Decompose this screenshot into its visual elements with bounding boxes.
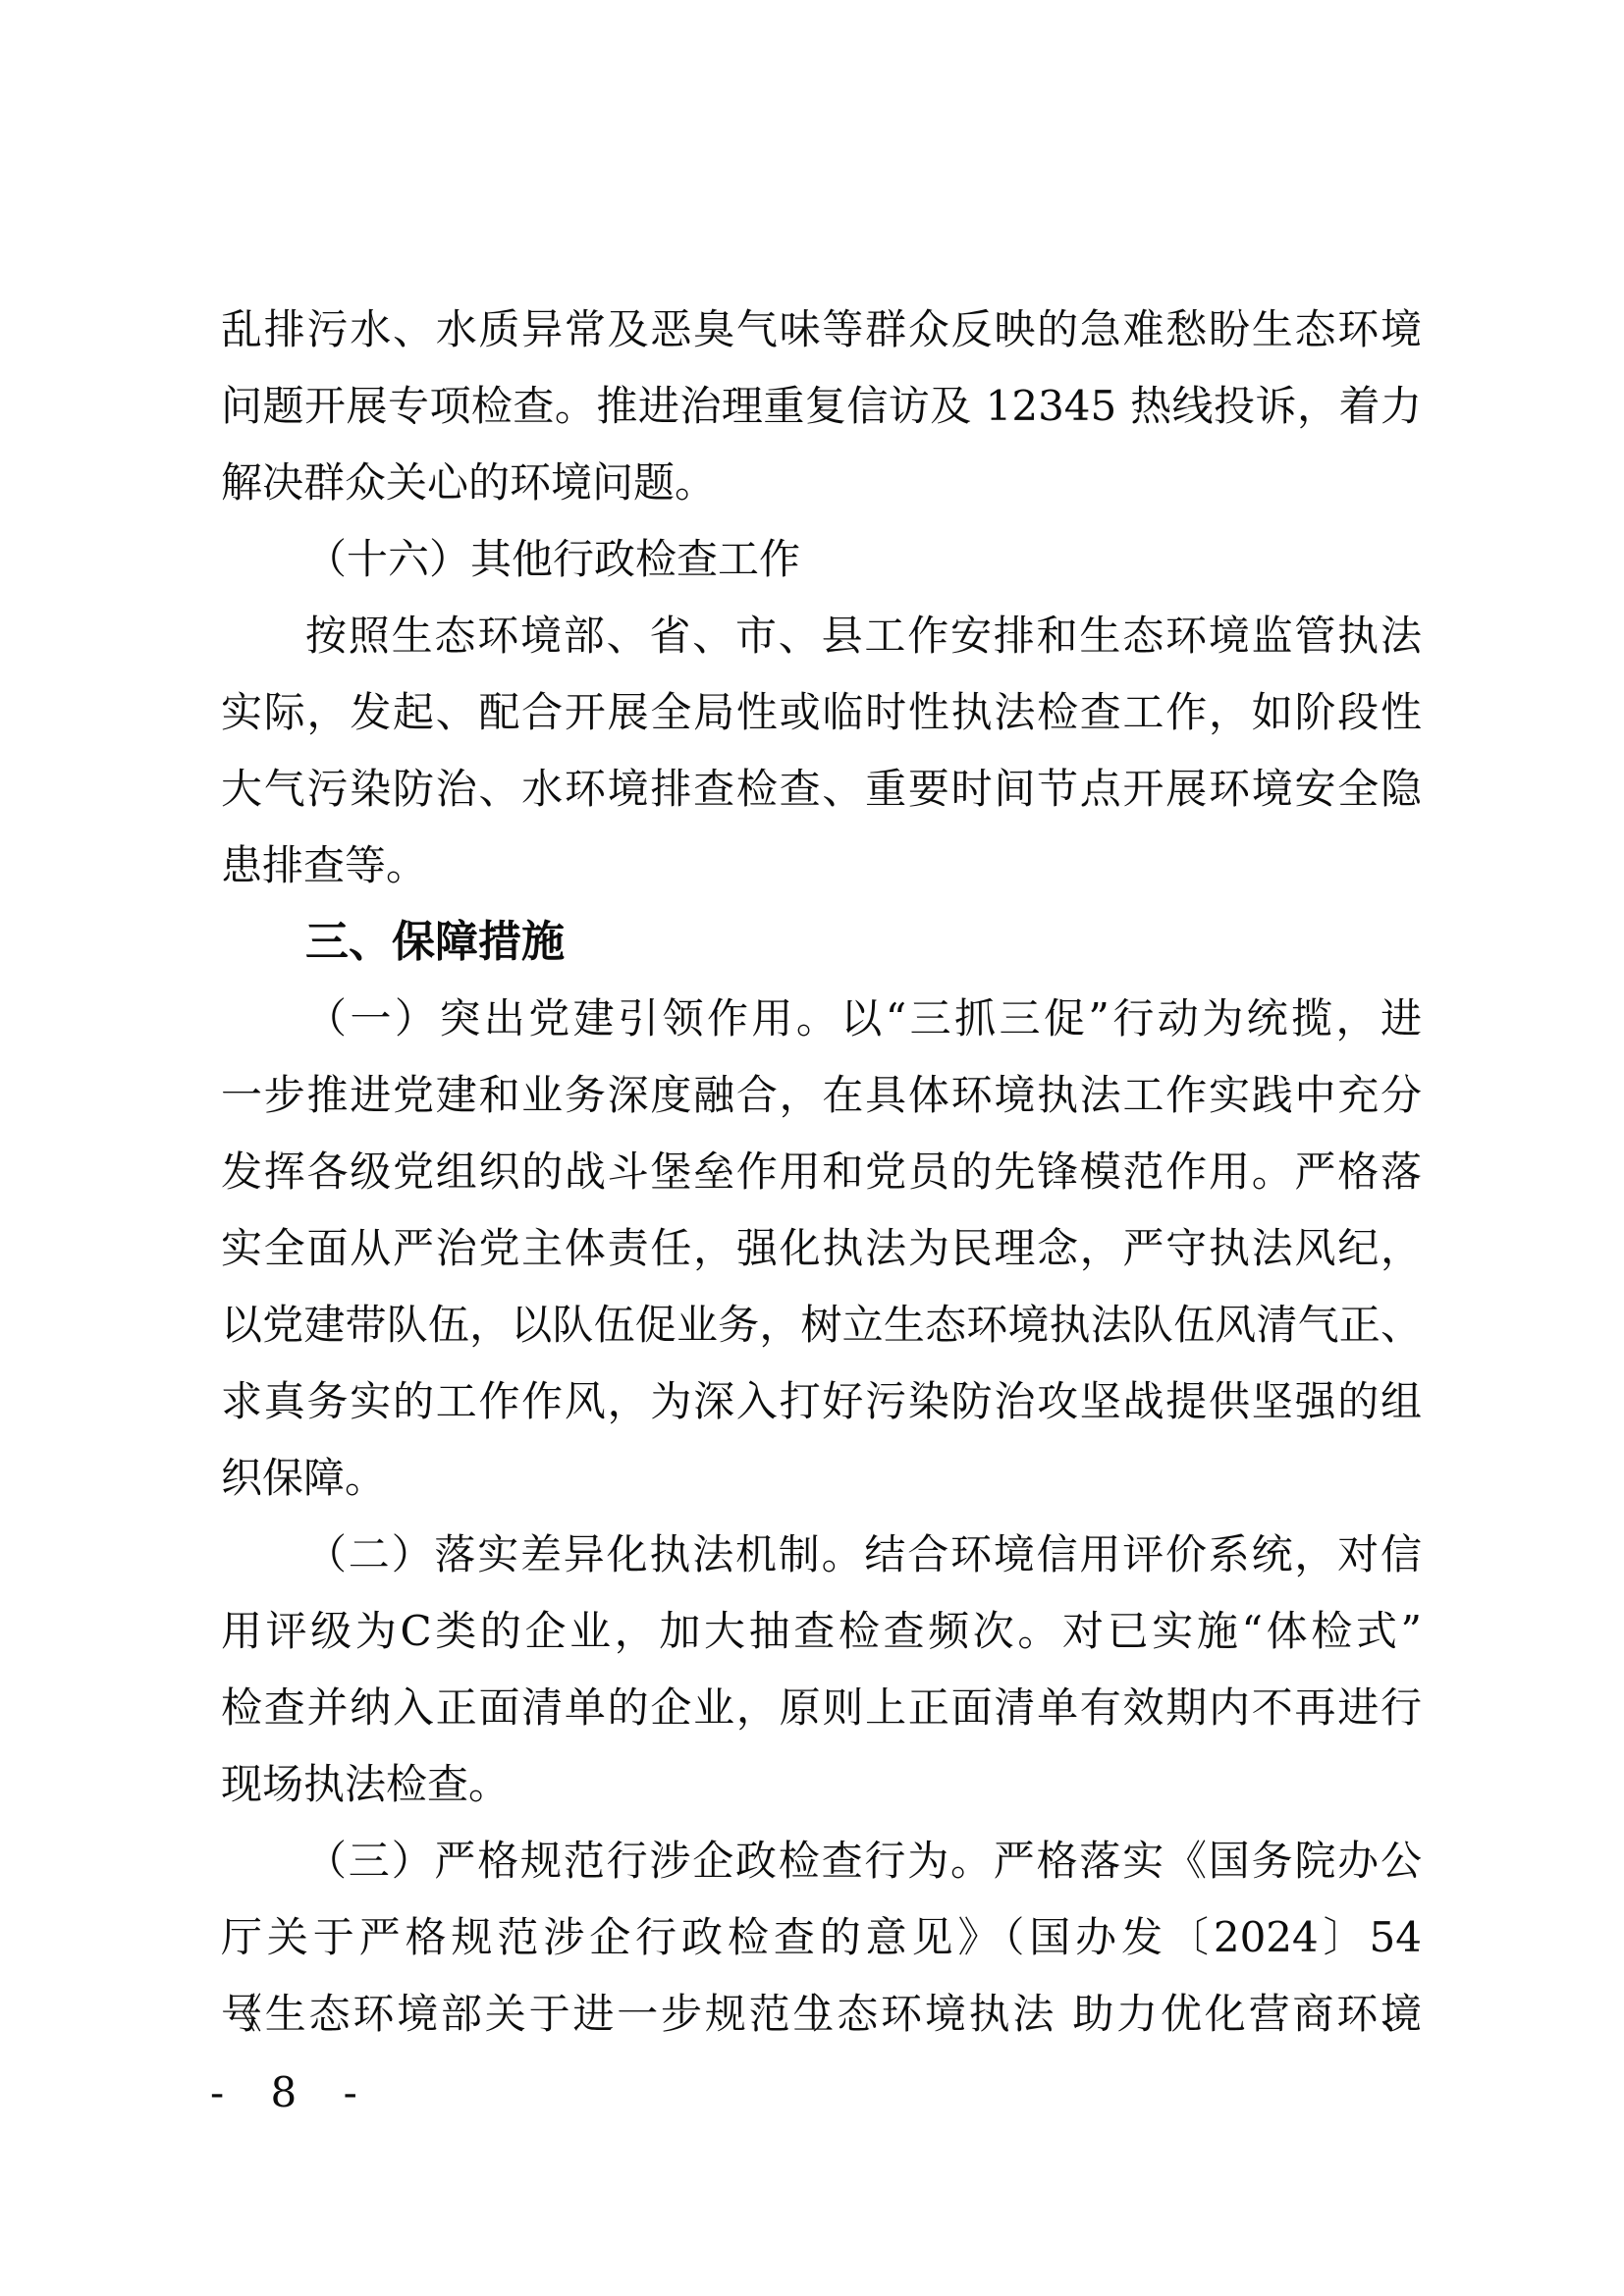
text-line: 实全面从严治党主体责任，强化执法为民理念，严守执法风纪， <box>221 1210 1422 1287</box>
document-page: 乱排污水、水质异常及恶臭气味等群众反映的急难愁盼生态环境问题开展专项检查。推进治… <box>0 0 1624 2296</box>
text-line: 检查并纳入正面清单的企业，原则上正面清单有效期内不再进行 <box>221 1670 1422 1746</box>
text-line: 《生态环境部关于进一步规范生态环境执法 助力优化营商环境 <box>221 1976 1422 2053</box>
text-line: （二）落实差异化执法机制。结合环境信用评价系统，对信 <box>221 1517 1422 1593</box>
text-line: 乱排污水、水质异常及恶臭气味等群众反映的急难愁盼生态环境 <box>221 292 1422 368</box>
text-line: 按照生态环境部、省、市、县工作安排和生态环境监管执法 <box>221 598 1422 674</box>
text-line: 实际，发起、配合开展全局性或临时性执法检查工作，如阶段性 <box>221 674 1422 751</box>
document-body: 乱排污水、水质异常及恶臭气味等群众反映的急难愁盼生态环境问题开展专项检查。推进治… <box>221 292 1422 2053</box>
text-line: （十六）其他行政检查工作 <box>221 521 1422 598</box>
text-line: 以党建带队伍，以队伍促业务，树立生态环境执法队伍风清气正、 <box>221 1287 1422 1363</box>
text-line: 发挥各级党组织的战斗堡垒作用和党员的先锋模范作用。严格落 <box>221 1134 1422 1210</box>
text-line: 大气污染防治、水环境排查检查、重要时间节点开展环境安全隐 <box>221 751 1422 828</box>
text-line: 现场执法检查。 <box>221 1746 1422 1823</box>
text-line: （一）突出党建引领作用。以“三抓三促”行动为统揽，进 <box>221 981 1422 1057</box>
text-line: 解决群众关心的环境问题。 <box>221 445 1422 521</box>
text-line: （三）严格规范行涉企政检查行为。严格落实《国务院办公 <box>221 1823 1422 1899</box>
text-line: 厅关于严格规范涉企行政检查的意见》（国办发〔2024〕54 号）、 <box>221 1899 1422 1976</box>
text-line: 求真务实的工作作风，为深入打好污染防治攻坚战提供坚强的组 <box>221 1363 1422 1440</box>
text-line: 织保障。 <box>221 1440 1422 1517</box>
text-line: 问题开展专项检查。推进治理重复信访及 12345 热线投诉，着力 <box>221 368 1422 445</box>
text-line: 一步推进党建和业务深度融合，在具体环境执法工作实践中充分 <box>221 1057 1422 1134</box>
section-heading: 三、保障措施 <box>221 904 1422 981</box>
text-line: 用评级为C类的企业，加大抽查检查频次。对已实施“体检式” <box>221 1593 1422 1670</box>
text-line: 患排查等。 <box>221 828 1422 904</box>
page-number: - 8 - <box>210 2063 369 2122</box>
